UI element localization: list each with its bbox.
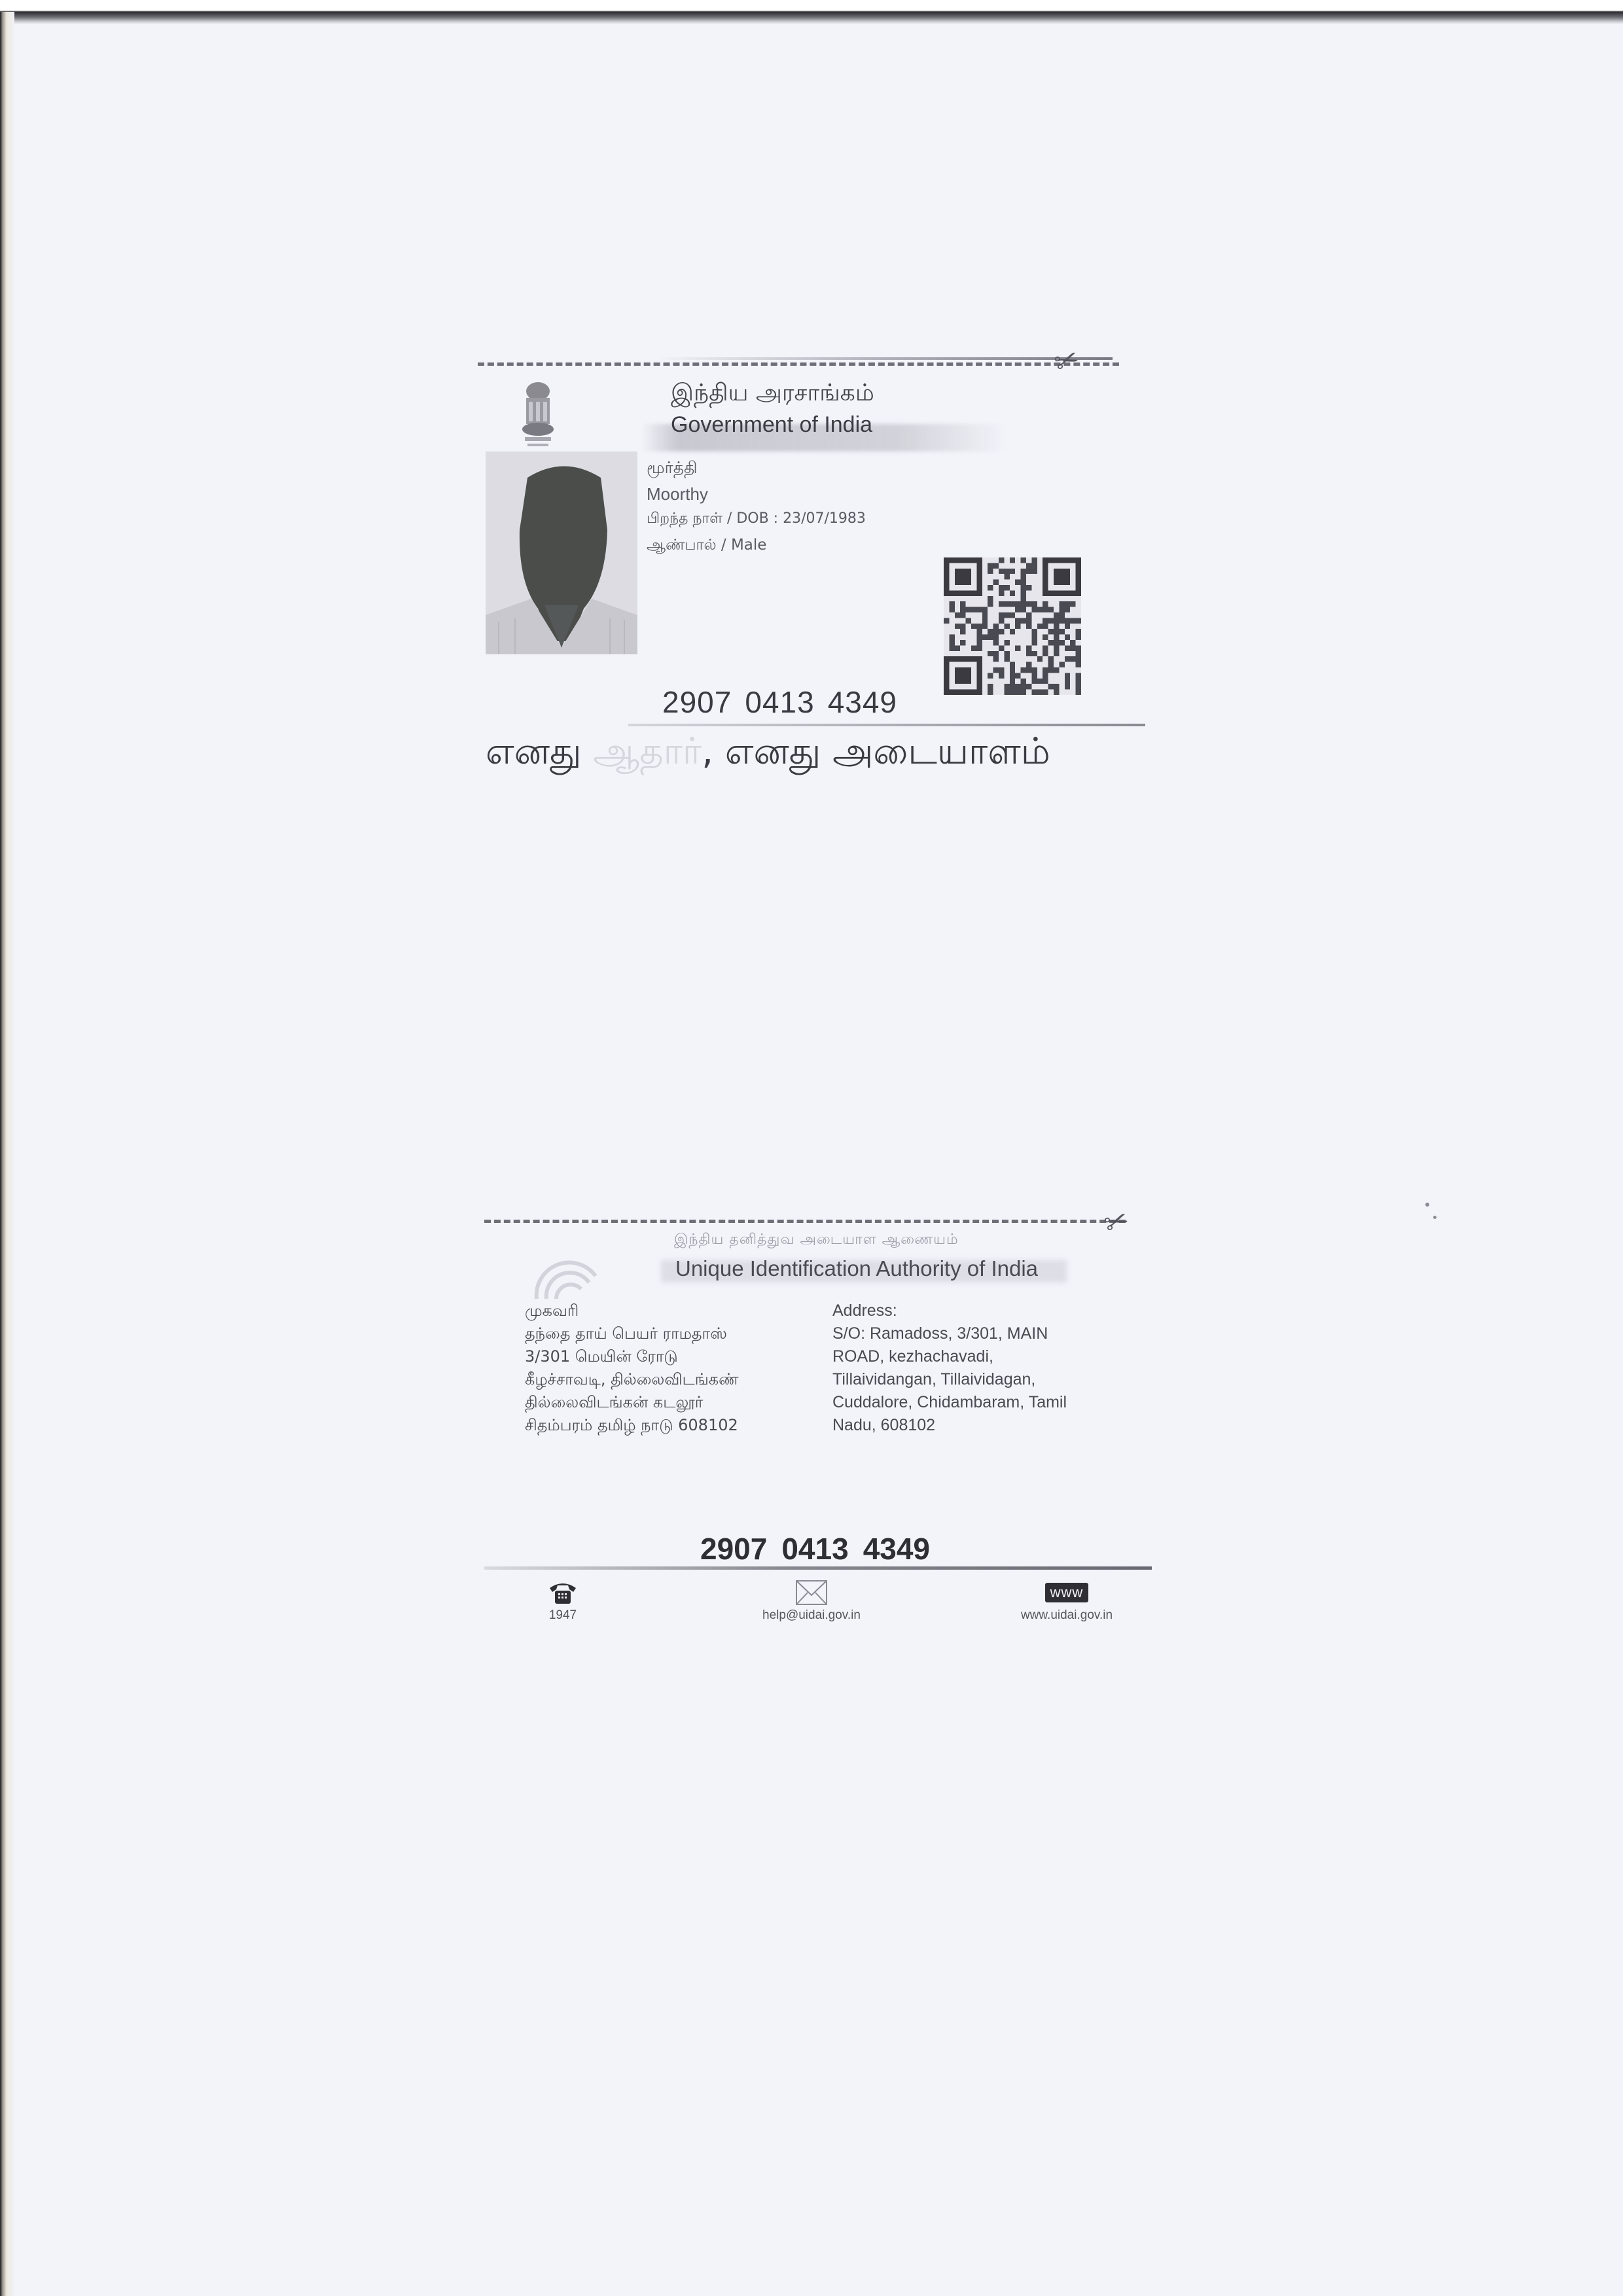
header-english: Government of India <box>671 412 872 438</box>
envelope-icon <box>733 1580 890 1606</box>
scan-left-edge <box>0 12 14 2296</box>
back-bottom-rule <box>484 1566 1152 1570</box>
address-english-line: ROAD, kezhachavadi, <box>832 1345 1067 1368</box>
address-tamil-line: சிதம்பரம் தமிழ் நாடு 608102 <box>525 1414 739 1437</box>
address-english-line: Tillaividangan, Tillaividagan, <box>832 1368 1067 1391</box>
address-english-label: Address: <box>832 1299 1067 1322</box>
gender: ஆண்பால் / Male <box>647 537 766 556</box>
address-english-line: Cuddalore, Chidambaram, Tamil <box>832 1391 1067 1414</box>
address-tamil-line: 3/301 மெயின் ரோடு <box>525 1345 739 1368</box>
name-english: Moorthy <box>647 484 708 504</box>
national-emblem-icon <box>517 380 559 450</box>
contact-email: help@uidai.gov.in <box>733 1580 890 1623</box>
uid-group-3: 4349 <box>828 685 897 719</box>
dob: பிறந்த நாள் / DOB : 23/07/1983 <box>647 510 866 529</box>
contact-phone: 1947 <box>524 1580 602 1623</box>
front-bottom-rule <box>628 724 1145 726</box>
uid-group-1: 2907 <box>662 685 732 719</box>
tagline: எனது ஆதார், எனது அடையாளம் <box>486 730 1050 777</box>
scan-top-edge <box>0 0 1623 26</box>
support-email: help@uidai.gov.in <box>733 1608 890 1623</box>
address-tamil: முகவரி தந்தை தாய் பெயர் ராமதாஸ் 3/301 மெ… <box>525 1299 739 1437</box>
tagline-part3: , எனது அடையாளம் <box>702 730 1050 773</box>
tagline-aadhaar-faded: ஆதார் <box>593 730 702 773</box>
address-english-line: Nadu, 608102 <box>832 1414 1067 1437</box>
uidai-header-tamil: இந்திய தனித்துவ அடையாள ஆணையம் <box>674 1231 959 1250</box>
scan-speck <box>1433 1216 1436 1219</box>
address-english: Address: S/O: Ramadoss, 3/301, MAIN ROAD… <box>832 1299 1067 1437</box>
aadhaar-number-front: 290704134349 <box>662 684 910 720</box>
tagline-part1: எனது <box>486 730 582 773</box>
address-tamil-line: கீழச்சாவடி, தில்லைவிடங்கண் <box>525 1368 739 1391</box>
uid-group-3: 4349 <box>863 1532 930 1566</box>
aadhaar-back: இந்திய தனித்துவ அடையாள ஆணையம் Unique Ide… <box>484 1204 1152 1623</box>
address-tamil-line: தில்லைவிடங்கன் கடலூர் <box>525 1391 739 1414</box>
www-icon: www <box>988 1580 1145 1606</box>
name-tamil: மூர்த்தி <box>647 458 698 480</box>
address-tamil-label: முகவரி <box>525 1299 739 1322</box>
contact-website: www www.uidai.gov.in <box>988 1580 1145 1623</box>
aadhaar-front: இந்திய அரசாங்கம் Government of India மூர… <box>478 353 1145 733</box>
uid-group-1: 2907 <box>700 1532 767 1566</box>
www-icon-label: www <box>1045 1583 1089 1602</box>
telephone-icon <box>524 1580 602 1606</box>
aadhaar-number-back: 290704134349 <box>700 1531 944 1566</box>
address-tamil-line: தந்தை தாய் பெயர் ராமதாஸ் <box>525 1322 739 1345</box>
uid-group-2: 0413 <box>781 1532 848 1566</box>
scan-speck <box>1425 1203 1429 1207</box>
uidai-logo-icon <box>530 1237 602 1302</box>
phone-number: 1947 <box>524 1608 602 1623</box>
address-english-line: S/O: Ramadoss, 3/301, MAIN <box>832 1322 1067 1345</box>
uidai-header-english: Unique Identification Authority of India <box>675 1256 1038 1281</box>
header-tamil: இந்திய அரசாங்கம் <box>671 380 874 410</box>
holder-photo <box>486 451 637 654</box>
qr-code <box>944 557 1081 695</box>
uid-group-2: 0413 <box>745 685 814 719</box>
website-url: www.uidai.gov.in <box>988 1608 1145 1623</box>
